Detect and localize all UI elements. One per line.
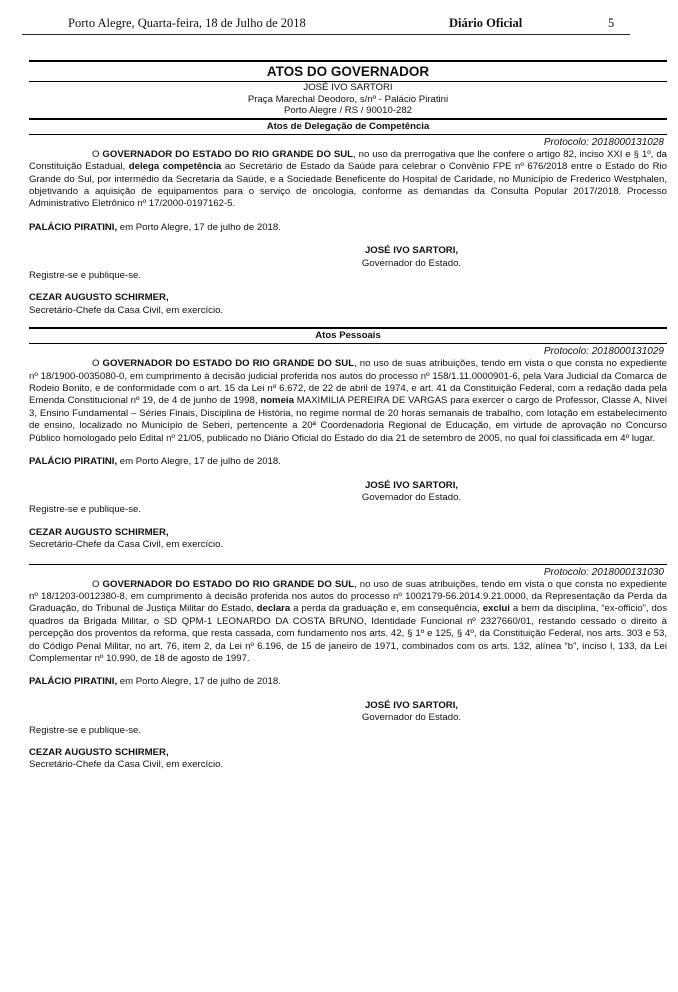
secretary-signature: CEZAR AUGUSTO SCHIRMER, Secretário-Chefe…: [29, 747, 667, 772]
signer-name: JOSÉ IVO SARTORI,: [269, 700, 554, 712]
secretary-title: Secretário-Chefe da Casa Civil, em exerc…: [29, 539, 667, 551]
masthead-address-1: Praça Marechal Deodoro, s/nº - Palácio P…: [29, 94, 667, 106]
place-date: PALÁCIO PIRATINI, em Porto Alegre, 17 de…: [29, 676, 667, 688]
signer-name: JOSÉ IVO SARTORI,: [269, 480, 554, 492]
secretary-title: Secretário-Chefe da Casa Civil, em exerc…: [29, 305, 667, 317]
act-body: O GOVERNADOR DO ESTADO DO RIO GRANDE DO …: [29, 149, 667, 211]
signer-title: Governador do Estado.: [269, 492, 554, 504]
document-content: ATOS DO GOVERNADOR JOSÉ IVO SARTORI Praç…: [29, 60, 667, 782]
act-body: O GOVERNADOR DO ESTADO DO RIO GRANDE DO …: [29, 579, 667, 666]
page-number: 5: [608, 16, 614, 31]
act-body: O GOVERNADOR DO ESTADO DO RIO GRANDE DO …: [29, 358, 667, 445]
signer-title: Governador do Estado.: [269, 258, 554, 270]
page-header: Porto Alegre, Quarta-feira, 18 de Julho …: [22, 12, 630, 35]
masthead-title: ATOS DO GOVERNADOR: [29, 62, 667, 81]
register-note: Registre-se e publique-se.: [29, 270, 667, 282]
section-title-atos-pessoais: Atos Pessoais: [29, 327, 667, 344]
place-date: PALÁCIO PIRATINI, em Porto Alegre, 17 de…: [29, 456, 667, 468]
header-date: Porto Alegre, Quarta-feira, 18 de Julho …: [68, 16, 306, 31]
register-note: Registre-se e publique-se.: [29, 504, 667, 516]
act-separator: [29, 564, 667, 565]
protocol-number: Protocolo: 2018000131029: [29, 345, 667, 358]
section-title-delegacao: Atos de Delegação de Competência: [29, 118, 667, 135]
secretary-name: CEZAR AUGUSTO SCHIRMER,: [29, 292, 667, 304]
publication-name: Diário Oficial: [449, 16, 522, 31]
masthead-governor: JOSÉ IVO SARTORI: [29, 82, 667, 94]
protocol-number: Protocolo: 2018000131030: [29, 566, 667, 579]
signer-title: Governador do Estado.: [269, 712, 554, 724]
secretary-signature: CEZAR AUGUSTO SCHIRMER, Secretário-Chefe…: [29, 527, 667, 552]
place-date: PALÁCIO PIRATINI, em Porto Alegre, 17 de…: [29, 222, 667, 234]
act-3: Protocolo: 2018000131030 O GOVERNADOR DO…: [29, 566, 667, 772]
governor-signature: JOSÉ IVO SARTORI, Governador do Estado.: [269, 480, 554, 505]
masthead-address-2: Porto Alegre / RS / 90010-282: [29, 105, 667, 117]
protocol-number: Protocolo: 2018000131028: [29, 136, 667, 149]
governor-signature: JOSÉ IVO SARTORI, Governador do Estado.: [269, 700, 554, 725]
secretary-name: CEZAR AUGUSTO SCHIRMER,: [29, 747, 667, 759]
governor-signature: JOSÉ IVO SARTORI, Governador do Estado.: [269, 245, 554, 270]
secretary-signature: CEZAR AUGUSTO SCHIRMER, Secretário-Chefe…: [29, 292, 667, 317]
secretary-name: CEZAR AUGUSTO SCHIRMER,: [29, 527, 667, 539]
act-1: Protocolo: 2018000131028 O GOVERNADOR DO…: [29, 136, 667, 317]
act-2: Protocolo: 2018000131029 O GOVERNADOR DO…: [29, 345, 667, 551]
masthead-info: JOSÉ IVO SARTORI Praça Marechal Deodoro,…: [29, 82, 667, 118]
secretary-title: Secretário-Chefe da Casa Civil, em exerc…: [29, 759, 667, 771]
register-note: Registre-se e publique-se.: [29, 725, 667, 737]
signer-name: JOSÉ IVO SARTORI,: [269, 245, 554, 257]
